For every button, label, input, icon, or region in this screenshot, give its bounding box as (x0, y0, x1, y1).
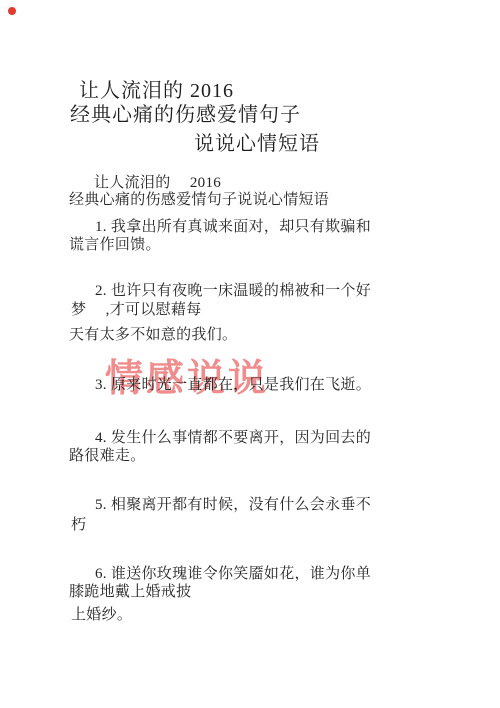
quote-3-line-1: 3. 原来时光一直都在，只是我们在飞逝。 (95, 376, 371, 394)
quote-1-line-1: 1. 我拿出所有真诚来面对，却只有欺骗和 (95, 218, 371, 236)
subheading-line-2: 经典心痛的伤感爱情句子说说心情短语 (69, 191, 329, 209)
quote-4-line-1: 4. 发生什么事情都不要离开，因为回去的 (95, 429, 371, 447)
quote-4-line-2: 路很难走。 (69, 447, 146, 465)
quote-5-line-1: 5. 相聚离开都有时候，没有什么会永垂不 (95, 496, 371, 514)
quote-2-line-2: 梦 ,才可以慰藉每 (71, 301, 202, 319)
quote-2-line-3: 天有太多不如意的我们。 (69, 326, 237, 344)
quote-6-line-1: 6. 谁送你玫瑰谁令你笑靥如花，谁为你单 (95, 565, 371, 583)
title-line-2: 经典心痛的伤感爱情句子 (70, 103, 301, 127)
document-text-layer: 让人流泪的 2016 经典心痛的伤感爱情句子 说说心情短语 让人流泪的 2016… (0, 0, 500, 708)
quote-2-line-1: 2. 也许只有夜晚一床温暖的棉被和一个好 (95, 282, 371, 300)
subheading-line-1: 让人流泪的 2016 (94, 174, 221, 192)
title-line-3: 说说心情短语 (194, 132, 320, 156)
quote-5-line-2: 朽 (71, 516, 86, 534)
quote-6-line-3: 上婚纱。 (71, 606, 132, 624)
quote-1-line-2: 谎言作回馈。 (69, 236, 161, 254)
quote-6-line-2: 膝跪地戴上婚戒披 (69, 583, 191, 601)
document-page: 情感说说 让人流泪的 2016 经典心痛的伤感爱情句子 说说心情短语 让人流泪的… (0, 0, 500, 708)
title-line-1: 让人流泪的 2016 (79, 79, 234, 103)
